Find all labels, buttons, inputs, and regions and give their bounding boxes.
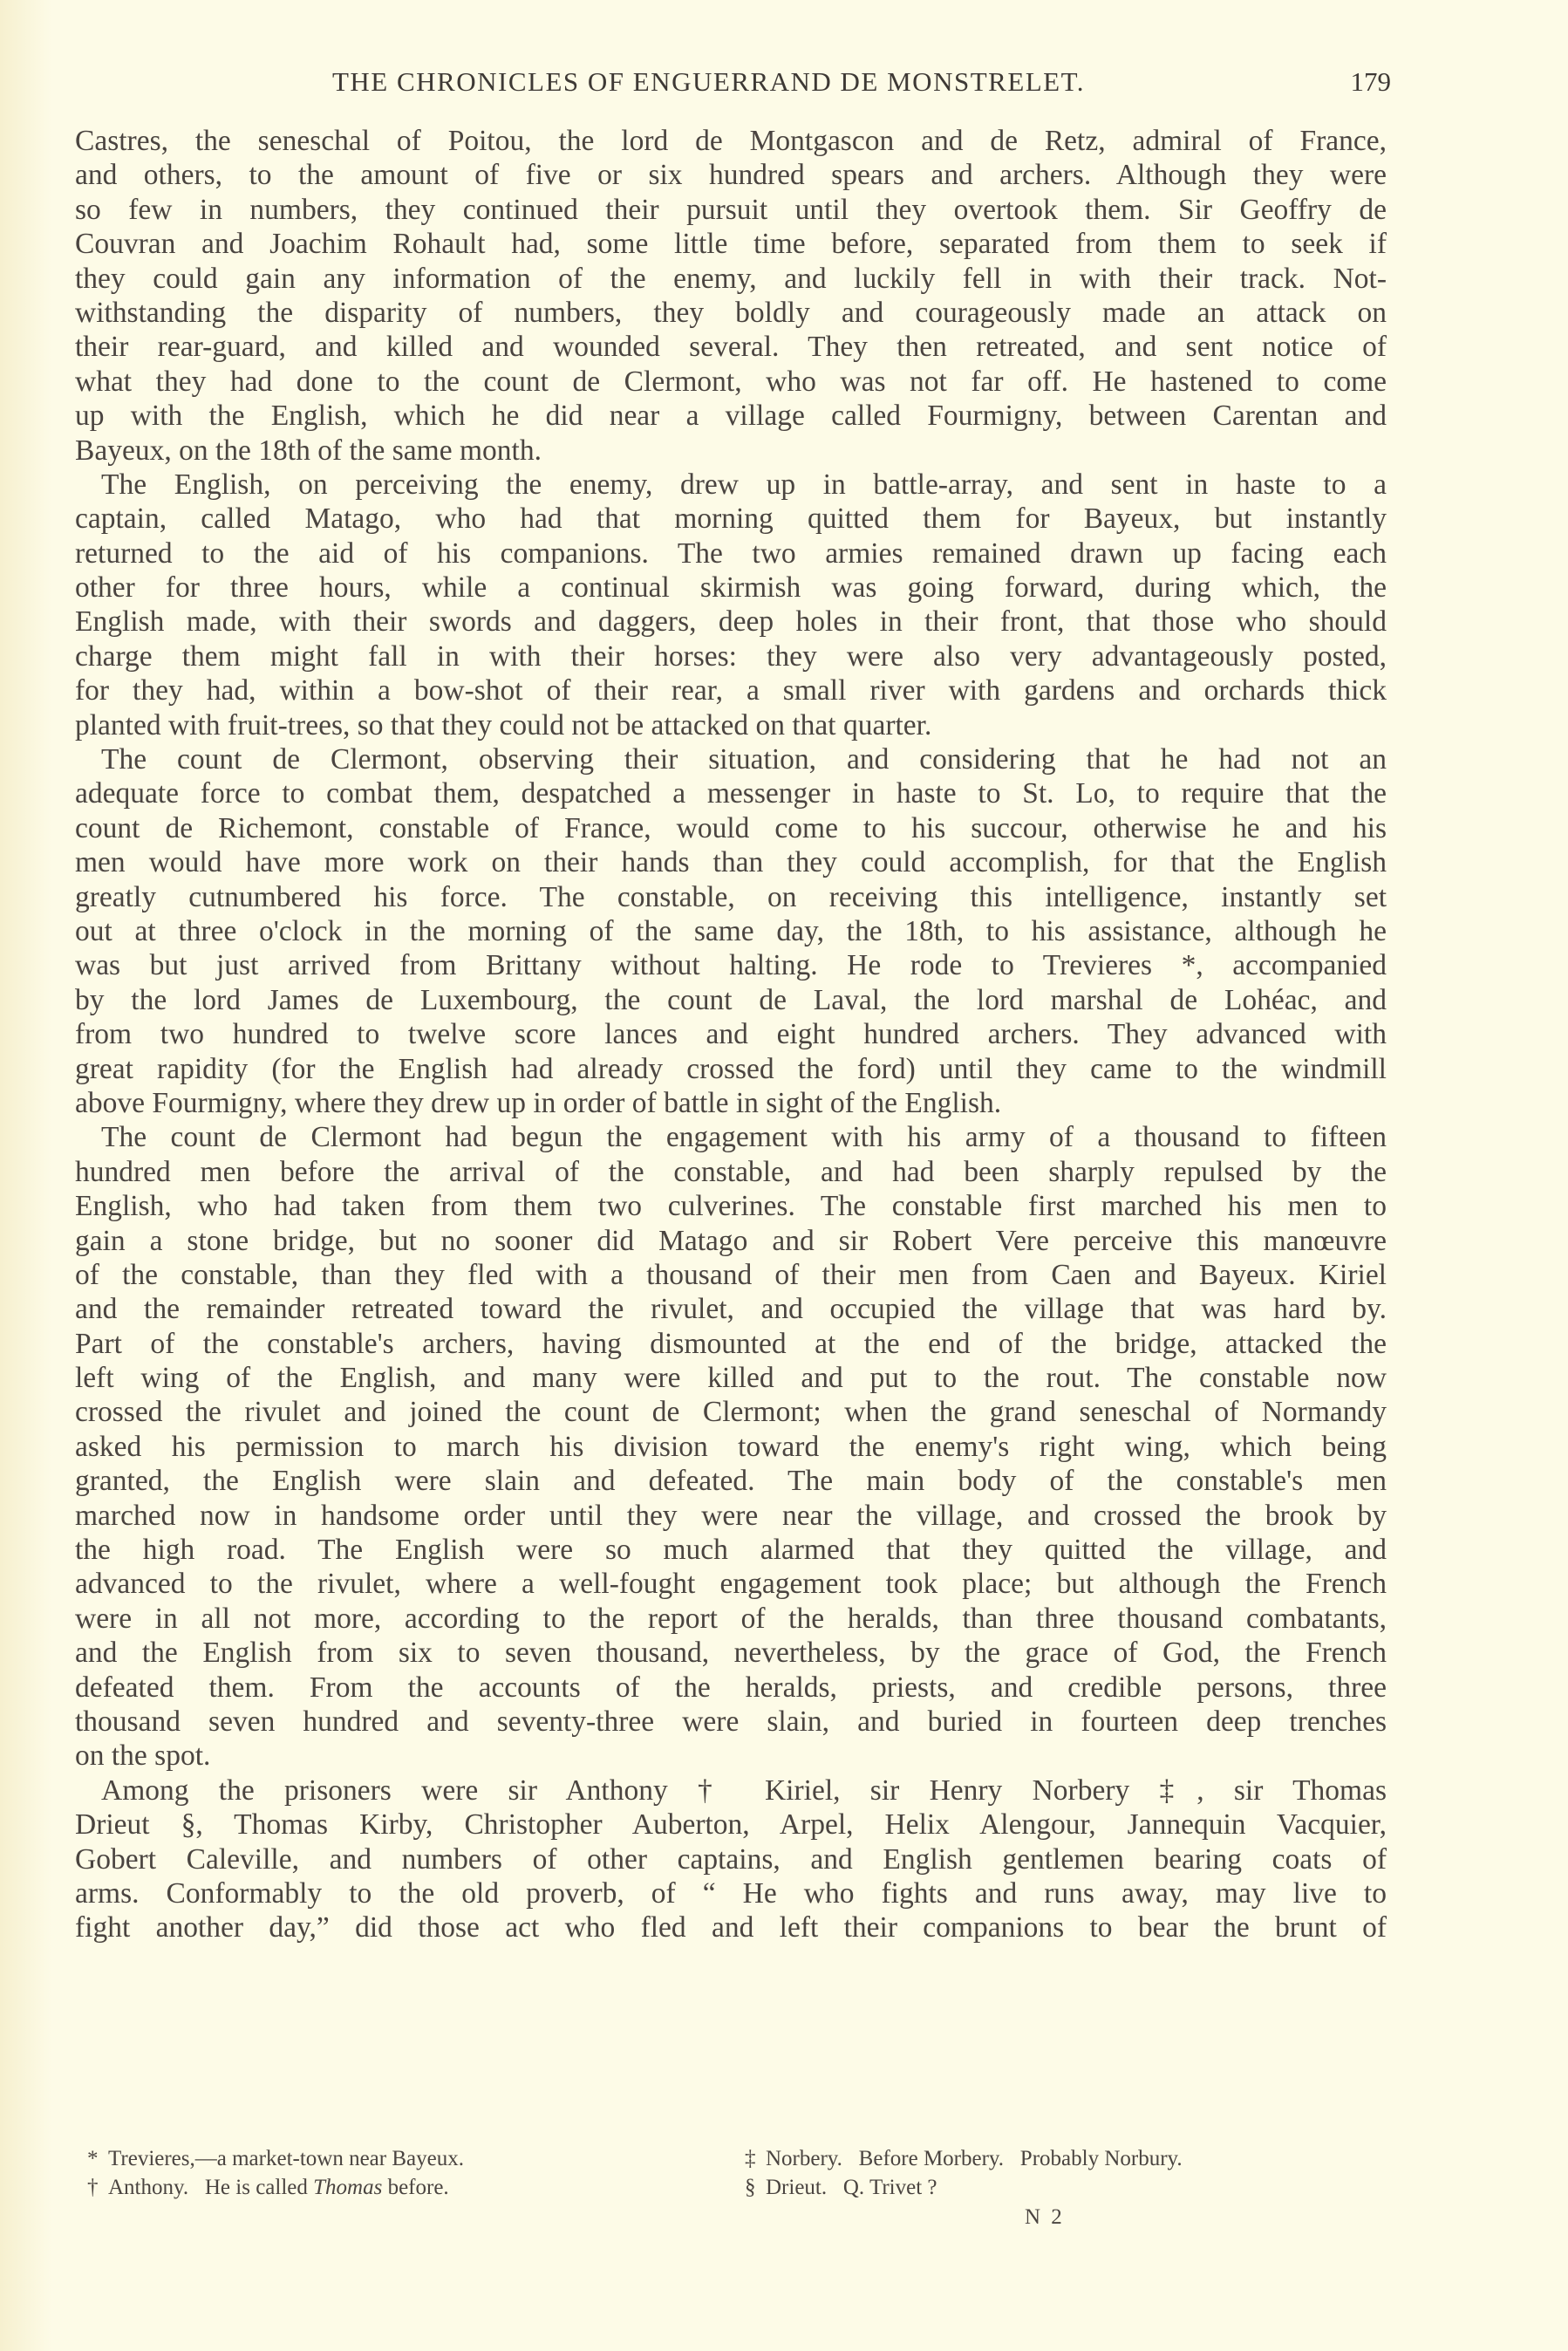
text-line: count de Richemont, constable of France,…	[75, 811, 1387, 845]
paragraph: The count de Clermont, observing their s…	[75, 742, 1387, 1120]
footnote-text: Drieut. Q. Trivet ?	[766, 2176, 937, 2199]
text-line: defeated them. From the accounts of the …	[75, 1671, 1387, 1705]
text-line: was but just arrived from Brittany witho…	[75, 948, 1387, 982]
text-line: The count de Clermont, observing their s…	[75, 742, 1387, 776]
text-line: other for three hours, while a continual…	[75, 571, 1387, 605]
page-edge-shadow	[0, 0, 52, 2351]
text-line: charge them might fall in with their hor…	[75, 639, 1387, 673]
text-line: the high road. The English were so much …	[75, 1533, 1387, 1567]
text-line: asked his permission to march his divisi…	[75, 1430, 1387, 1464]
text-line: so few in numbers, they continued their …	[75, 193, 1387, 227]
footnote-italic-name: Thomas	[313, 2176, 382, 2199]
text-line: thousand seven hundred and seventy-three…	[75, 1705, 1387, 1739]
body-text: Castres, the seneschal of Poitou, the lo…	[75, 124, 1387, 1945]
text-line: left wing of the English, and many were …	[75, 1361, 1387, 1395]
text-line: they could gain any information of the e…	[75, 262, 1387, 296]
text-line: The count de Clermont had begun the enga…	[75, 1120, 1387, 1154]
footnotes-right-column: ‡Norbery. Before Morbery. Probably Norbu…	[745, 2144, 1183, 2202]
text-line: crossed the rivulet and joined the count…	[75, 1395, 1387, 1429]
text-line: and others, to the amount of five or six…	[75, 158, 1387, 192]
paragraph: The English, on perceiving the enemy, dr…	[75, 468, 1387, 742]
text-line: Bayeux, on the 18th of the same month.	[75, 434, 1387, 468]
text-line: English, who had taken from them two cul…	[75, 1189, 1387, 1223]
text-line: and the English from six to seven thousa…	[75, 1636, 1387, 1670]
text-line: adequate force to combat them, despatche…	[75, 776, 1387, 810]
text-line: returned to the aid of his companions. T…	[75, 536, 1387, 571]
page-number: 179	[1351, 66, 1392, 98]
text-line: men would have more work on their hands …	[75, 845, 1387, 879]
footnote-dagger: †Anthony. He is called Thomas before.	[87, 2173, 464, 2202]
footnote-asterisk: *Trevieres,—a market-town near Bayeux.	[87, 2144, 464, 2173]
footnote-mark: †	[87, 2173, 108, 2202]
footnote-section: §Drieut. Q. Trivet ?	[745, 2173, 1183, 2202]
text-line: withstanding the disparity of numbers, t…	[75, 296, 1387, 330]
text-line: Among the prisoners were sir Anthony † K…	[75, 1774, 1387, 1808]
running-title: THE CHRONICLES OF ENGUERRAND DE MONSTREL…	[74, 66, 1286, 98]
text-line: Gobert Caleville, and numbers of other c…	[75, 1842, 1387, 1876]
footnotes-left-column: *Trevieres,—a market-town near Bayeux. †…	[87, 2144, 464, 2202]
footnote-double-dagger: ‡Norbery. Before Morbery. Probably Norbu…	[745, 2144, 1183, 2173]
text-line: great rapidity (for the English had alre…	[75, 1052, 1387, 1086]
text-line: their rear-guard, and killed and wounded…	[75, 330, 1387, 364]
text-line: by the lord James de Luxembourg, the cou…	[75, 983, 1387, 1017]
text-line: advanced to the rivulet, where a well-fo…	[75, 1567, 1387, 1601]
footnote-text: before.	[382, 2176, 448, 2199]
footnote-mark: ‡	[745, 2144, 766, 2173]
text-line: on the spot.	[75, 1739, 1387, 1773]
text-line: up with the English, which he did near a…	[75, 399, 1387, 433]
text-line: Castres, the seneschal of Poitou, the lo…	[75, 124, 1387, 158]
text-line: were in all not more, according to the r…	[75, 1602, 1387, 1636]
text-line: captain, called Matago, who had that mor…	[75, 502, 1387, 536]
paragraph: The count de Clermont had begun the enga…	[75, 1120, 1387, 1773]
text-line: of the constable, than they fled with a …	[75, 1258, 1387, 1292]
text-line: from two hundred to twelve score lances …	[75, 1017, 1387, 1051]
text-line: arms. Conformably to the old proverb, of…	[75, 1876, 1387, 1910]
text-line: marched now in handsome order until they…	[75, 1499, 1387, 1533]
footnote-text: Anthony. He is called	[108, 2176, 313, 2199]
text-line: English made, with their swords and dagg…	[75, 605, 1387, 639]
footnote-text: Trevieres,—a market-town near Bayeux.	[108, 2147, 464, 2170]
footnote-mark: *	[87, 2144, 108, 2173]
paragraph: Castres, the seneschal of Poitou, the lo…	[75, 124, 1387, 468]
footnote-text: Norbery. Before Morbery. Probably Norbur…	[766, 2147, 1183, 2170]
text-line: what they had done to the count de Clerm…	[75, 365, 1387, 399]
text-line: fight another day,” did those act who fl…	[75, 1910, 1387, 1944]
footnote-mark: §	[745, 2173, 766, 2202]
text-line: hundred men before the arrival of the co…	[75, 1155, 1387, 1189]
text-line: Part of the constable's archers, having …	[75, 1327, 1387, 1361]
running-head: THE CHRONICLES OF ENGUERRAND DE MONSTREL…	[74, 63, 1391, 106]
text-line: The English, on perceiving the enemy, dr…	[75, 468, 1387, 502]
text-line: and the remainder retreated toward the r…	[75, 1292, 1387, 1326]
text-line: Drieut §, Thomas Kirby, Christopher Aube…	[75, 1808, 1387, 1842]
text-line: for they had, within a bow-shot of their…	[75, 673, 1387, 707]
text-line: out at three o'clock in the morning of t…	[75, 914, 1387, 948]
text-line: planted with fruit-trees, so that they c…	[75, 708, 1387, 742]
text-line: granted, the English were slain and defe…	[75, 1464, 1387, 1498]
paragraph: Among the prisoners were sir Anthony † K…	[75, 1774, 1387, 1945]
text-line: above Fourmigny, where they drew up in o…	[75, 1086, 1387, 1120]
text-line: greatly cutnumbered his force. The const…	[75, 880, 1387, 914]
text-line: gain a stone bridge, but no sooner did M…	[75, 1224, 1387, 1258]
signature-mark: N 2	[1025, 2205, 1065, 2230]
text-line: Couvran and Joachim Rohault had, some li…	[75, 227, 1387, 261]
